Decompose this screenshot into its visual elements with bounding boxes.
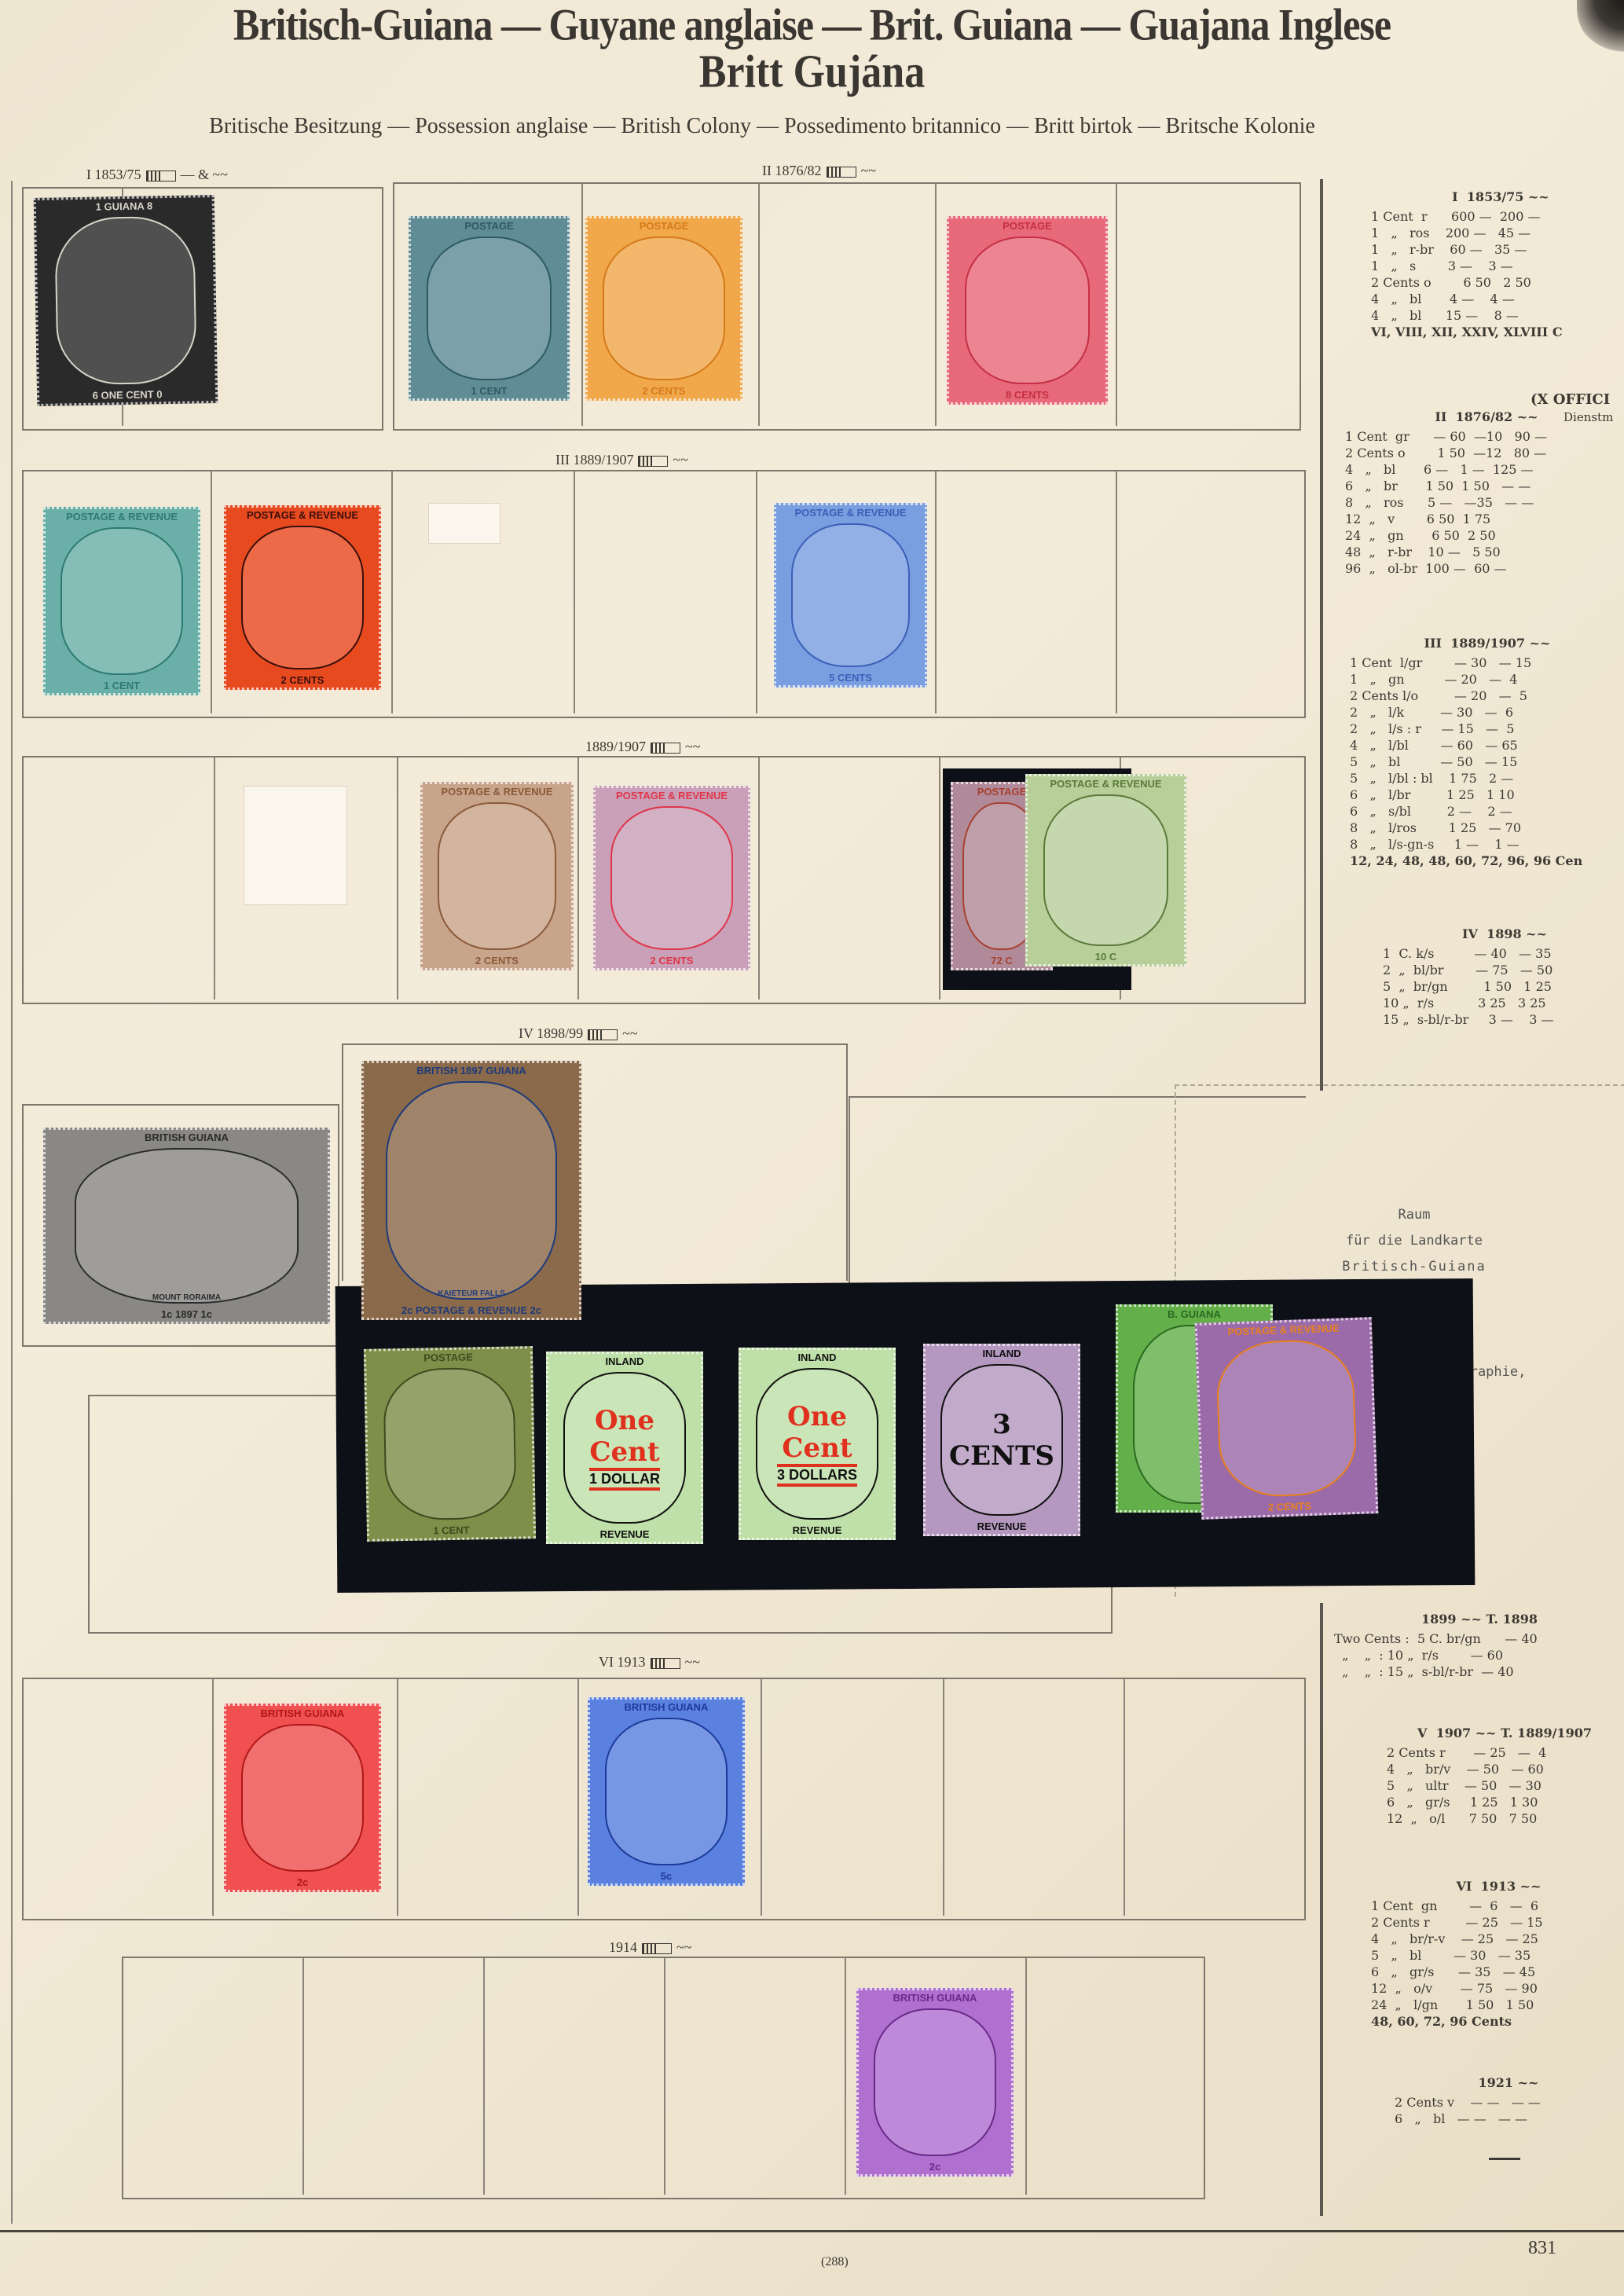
ship-vignette-icon: [438, 802, 556, 950]
stamp-1889b-2-cents-lilac[interactable]: POSTAGE & REVENUE2 CENTS: [593, 786, 750, 970]
section-label-II: II 1876/82~~: [762, 163, 876, 179]
catalog-row: 12 „ v 6 50 1 75: [1345, 511, 1624, 527]
stamp-1876-1-cent[interactable]: POSTAGE1 CENT: [409, 216, 570, 401]
stamp-1876-1-cent-mounted[interactable]: POSTAGE1 CENT: [364, 1346, 536, 1542]
ship-vignette-icon: MOUNT RORAIMA: [75, 1148, 298, 1304]
catalog-row: 6 „ l/br 1 25 1 10: [1350, 787, 1624, 803]
catalog-row: 4 „ br/v — 50 — 60: [1387, 1761, 1622, 1777]
stamp-1913-2c[interactable]: BRITISH GUIANA2c: [224, 1704, 381, 1892]
catalog-row: 2 „ l/k — 30 — 6: [1350, 704, 1624, 721]
catalog-row: 1 Cent gr — 60 —10 90 —: [1345, 428, 1624, 445]
catalog-section-IV: IV 1898 ~~1 C. k/s — 40 — 352 „ bl/br — …: [1383, 926, 1624, 1028]
catalog-row: 6 „ gr/s — 35 — 45: [1371, 1964, 1624, 1980]
perforation-icon: [827, 167, 856, 178]
stamp-top-inscription: INLAND: [548, 1354, 701, 1369]
section-label-III: III 1889/1907~~: [555, 452, 688, 468]
ship-vignette-icon: 3 CENTS: [940, 1364, 1062, 1516]
catalog-row: 5 „ bl — 50 — 15: [1350, 754, 1624, 770]
stamp-top-inscription: POSTAGE & REVENUE: [1028, 776, 1184, 791]
stamp-hinge: [428, 503, 500, 544]
stamp-value-inscription: REVENUE: [548, 1527, 701, 1542]
catalog-row: 2 Cents r — 25 — 4: [1387, 1744, 1622, 1761]
obliterated-value: 3 DOLLARS: [777, 1464, 857, 1487]
catalog-row: 1 „ ros 200 — 45 —: [1371, 225, 1624, 241]
catalog-row: „ „ : 10 „ r/s — 60: [1334, 1647, 1624, 1663]
stamp-top-inscription: POSTAGE: [588, 218, 740, 233]
perforation-icon: [146, 171, 176, 182]
catalog-section-1921: 1921 ~~2 Cents v — — — —6 „ bl — — — —: [1395, 2074, 1622, 2127]
stamp-top-inscription: BRITISH GUIANA: [590, 1700, 742, 1715]
stamp-top-inscription: POSTAGE & REVENUE: [226, 508, 379, 523]
stamp-inland-3-cents[interactable]: INLAND3 CENTSREVENUE: [923, 1344, 1080, 1536]
catalog-row: Two Cents : 5 C. br/gn — 40: [1334, 1630, 1624, 1647]
catalog-footer: VI, VIII, XII, XXIV, XLVIII C: [1371, 324, 1624, 340]
catalog-row: 2 „ l/s : r — 15 — 5: [1350, 721, 1624, 737]
catalog-row: 5 „ bl — 30 — 35: [1371, 1947, 1624, 1964]
catalog-footer: 12, 24, 48, 48, 60, 72, 96, 96 Cen: [1350, 853, 1624, 869]
surcharge-text: One Cent: [764, 1401, 871, 1464]
stamp-top-inscription: POSTAGE: [949, 218, 1105, 233]
catalog-row: 1 „ gn — 20 — 4: [1350, 671, 1624, 688]
ship-vignette-icon: [1215, 1338, 1358, 1498]
section-label-I: I 1853/75— & ~~: [86, 167, 228, 183]
stamp-top-inscription: BRITISH GUIANA: [859, 1990, 1011, 2005]
catalog-row: 8 „ l/ros 1 25 — 70: [1350, 820, 1624, 836]
catalog-header: III 1889/1907 ~~: [1350, 635, 1624, 651]
stamp-value-inscription: 1 CENT: [369, 1521, 533, 1539]
left-margin-line: [11, 181, 13, 2224]
stamp-value-inscription: 8 CENTS: [949, 387, 1105, 402]
stamp-1889b-10-cents[interactable]: POSTAGE & REVENUE10 C: [1025, 774, 1186, 966]
catalog-row: 1 Cent gn — 6 — 6: [1371, 1898, 1624, 1914]
catalog-row: 2 „ bl/br — 75 — 50: [1383, 962, 1624, 978]
stamp-1889-1-cent[interactable]: POSTAGE & REVENUE1 CENT: [43, 507, 200, 695]
stamp-value-inscription: 2 CENTS: [423, 953, 571, 968]
stamp-1889b-2-cents-brown[interactable]: POSTAGE & REVENUE2 CENTS: [420, 782, 574, 970]
stamp-value-inscription: 10 C: [1028, 949, 1184, 964]
catalog-row: 4 „ l/bl — 60 — 65: [1350, 737, 1624, 754]
stamp-top-inscription: INLAND: [926, 1346, 1078, 1361]
catalog-row: 96 „ ol-br 100 — 60 —: [1345, 560, 1624, 577]
stamp-value-inscription: 2 CENTS: [596, 953, 748, 968]
stamp-1898-2c-kaieteur-falls[interactable]: BRITISH 1897 GUIANAKAIETEUR FALLS2c POST…: [361, 1061, 581, 1320]
catalog-row: 4 „ bl 4 — 4 —: [1371, 291, 1624, 307]
stamp-top-inscription: BRITISH 1897 GUIANA: [364, 1063, 579, 1078]
ship-vignette-icon: [241, 526, 363, 669]
section-label-IV: IV 1898/99~~: [519, 1025, 638, 1042]
stamp-value-inscription: 2 CENTS: [588, 383, 740, 398]
surcharge-text: 3 CENTS: [948, 1409, 1055, 1472]
ship-vignette-icon: [874, 2008, 995, 2156]
map-space-text: Raum für die Landkarte Britisch-Guiana: [1273, 1202, 1556, 1280]
catalog-row: 1 Cent r 600 — 200 —: [1371, 208, 1624, 225]
catalog-row: 24 „ l/gn 1 50 1 50: [1371, 1997, 1624, 2013]
stamp-value-inscription: 5c: [590, 1869, 742, 1883]
catalog-row: 48 „ r-br 10 — 5 50: [1345, 544, 1624, 560]
catalog-row: 5 „ br/gn 1 50 1 25: [1383, 978, 1624, 995]
catalog-end-rule: [1489, 2158, 1520, 2160]
catalog-row: 12 „ o/v — 75 — 90: [1371, 1980, 1624, 1997]
stamp-1913-5c[interactable]: BRITISH GUIANA5c: [588, 1697, 745, 1886]
catalog-section-VI: VI 1913 ~~1 Cent gn — 6 — 62 Cents r — 2…: [1371, 1878, 1624, 2030]
stamp-value-inscription: REVENUE: [741, 1523, 893, 1538]
catalog-section-III: III 1889/1907 ~~1 Cent l/gr — 30 — 151 „…: [1350, 635, 1624, 869]
page-title: Britisch-Guiana — Guyane anglaise — Brit…: [0, 0, 1624, 50]
stamp-top-inscription: 1 GUIANA 8: [36, 197, 212, 215]
catalog-row: 24 „ gn 6 50 2 50: [1345, 527, 1624, 544]
catalog-row: 1 „ r-br 60 — 35 —: [1371, 241, 1624, 258]
catalog-row: 12 „ o/l 7 50 7 50: [1387, 1810, 1622, 1827]
section-label-VI: VI 1913~~: [599, 1654, 700, 1671]
stamp-1853-one-cent[interactable]: 1 GUIANA 86 ONE CENT 0: [34, 195, 218, 406]
catalog-divider: [1320, 179, 1323, 1091]
stamp-top-inscription: POSTAGE: [366, 1348, 530, 1366]
catalog-row: 6 „ s/bl 2 — 2 —: [1350, 803, 1624, 820]
stamp-top-inscription: B. GUIANA: [1118, 1307, 1270, 1322]
ship-vignette-icon: One Cent3 DOLLARS: [756, 1368, 878, 1520]
catalog-row: 4 „ bl 15 — 8 —: [1371, 307, 1624, 324]
catalog-row: 1 „ s 3 — 3 —: [1371, 258, 1624, 274]
perforation-icon: [651, 743, 680, 754]
album-box-III: [22, 470, 1306, 718]
catalog-row: 1 Cent l/gr — 30 — 15: [1350, 655, 1624, 671]
stamp-value-inscription: 2 CENTS: [1204, 1496, 1377, 1517]
stamp-1889-2-cents[interactable]: POSTAGE & REVENUE2 CENTS: [224, 505, 381, 690]
catalog-row: 2 Cents r — 25 — 15: [1371, 1914, 1624, 1931]
page-number: 831: [1528, 2238, 1556, 2259]
page-subtitle: Britische Besitzung — Possession anglais…: [0, 114, 1524, 139]
catalog-row: 1 C. k/s — 40 — 35: [1383, 945, 1624, 962]
stamp-value-inscription: 2c POSTAGE & REVENUE 2c: [364, 1303, 579, 1318]
stamp-top-inscription: POSTAGE & REVENUE: [423, 784, 571, 799]
catalog-row: 6 „ bl — — — —: [1395, 2111, 1622, 2127]
catalog-row: 8 „ l/s-gn-s 1 — 1 —: [1350, 836, 1624, 853]
catalog-row: 2 Cents o 1 50 —12 80 —: [1345, 445, 1624, 461]
stamp-value-inscription: 2 CENTS: [226, 673, 379, 688]
catalog-official-sub: Dienstm: [1564, 410, 1613, 424]
stamp-top-inscription: POSTAGE & REVENUE: [1197, 1319, 1370, 1341]
catalog-row: 10 „ r/s 3 25 3 25: [1383, 995, 1624, 1011]
stamp-inland-one-cent-on-3-dollars[interactable]: INLANDOne Cent3 DOLLARSREVENUE: [739, 1348, 896, 1540]
section-label-III-b: 1889/1907~~: [585, 739, 701, 755]
catalog-header: 1899 ~~ T. 1898: [1334, 1611, 1624, 1627]
catalog-official-header: (X OFFICI: [1531, 391, 1610, 408]
ship-vignette-icon: [241, 1724, 363, 1872]
ship-vignette-icon: [605, 1718, 727, 1865]
catalog-section-I: I 1853/75 ~~1 Cent r 600 — 200 —1 „ ros …: [1371, 189, 1624, 340]
catalog-header: VI 1913 ~~: [1371, 1878, 1624, 1894]
stamp-top-inscription: POSTAGE & REVENUE: [46, 509, 198, 524]
ship-vignette-icon: KAIETEUR FALLS: [386, 1081, 557, 1300]
stamp-postage-revenue-2-cents[interactable]: POSTAGE & REVENUE2 CENTS: [1195, 1317, 1379, 1520]
section-label-1914: 1914~~: [609, 1939, 691, 1956]
stamp-value-inscription: REVENUE: [926, 1519, 1078, 1534]
stamp-caption: KAIETEUR FALLS: [438, 1289, 505, 1298]
stamp-top-inscription: BRITISH GUIANA: [226, 1706, 379, 1721]
stamp-hinge: [244, 786, 347, 905]
catalog-header: V 1907 ~~ T. 1889/1907: [1387, 1725, 1622, 1741]
ship-vignette-icon: [60, 527, 182, 675]
catalog-row: 4 „ br/r-v — 25 — 25: [1371, 1931, 1624, 1947]
catalog-section-II: II 1876/82 ~~1 Cent gr — 60 —10 90 —2 Ce…: [1345, 409, 1624, 577]
catalog-row: 6 „ gr/s 1 25 1 30: [1387, 1794, 1622, 1810]
perforation-icon: [588, 1029, 618, 1040]
catalog-row: 8 „ ros 5 — —35 — —: [1345, 494, 1624, 511]
stamp-1914-2c[interactable]: BRITISH GUIANA2c: [856, 1988, 1014, 2177]
stamp-top-inscription: BRITISH GUIANA: [46, 1130, 328, 1145]
catalog-section-V: V 1907 ~~ T. 1889/19072 Cents r — 25 — 4…: [1387, 1725, 1622, 1827]
stamp-value-inscription: 2c: [859, 2159, 1011, 2174]
stamp-value-inscription: 1c 1897 1c: [46, 1307, 328, 1322]
stamp-value-inscription: 5 CENTS: [776, 670, 925, 685]
stamp-value-inscription: 1 CENT: [411, 383, 567, 398]
stamp-caption: MOUNT RORAIMA: [152, 1293, 221, 1302]
ship-vignette-icon: [54, 215, 197, 385]
stamp-top-inscription: POSTAGE & REVENUE: [776, 505, 925, 520]
stamp-inland-one-cent-on-1-dollar[interactable]: INLANDOne Cent1 DOLLARREVENUE: [546, 1352, 703, 1544]
catalog-row: 2 Cents o 6 50 2 50: [1371, 274, 1624, 291]
ship-vignette-icon: [791, 523, 910, 667]
stamp-top-inscription: POSTAGE & REVENUE: [596, 788, 748, 803]
stamp-value-inscription: 6 ONE CENT 0: [39, 386, 215, 404]
surcharge-text: One Cent: [571, 1405, 678, 1468]
catalog-row: 2 Cents l/o — 20 — 5: [1350, 688, 1624, 704]
stamp-top-inscription: POSTAGE: [411, 218, 567, 233]
obliterated-value: 1 DOLLAR: [589, 1468, 660, 1491]
stamp-value-inscription: 2c: [226, 1875, 379, 1890]
catalog-row: „ „ : 15 „ s-bl/r-br — 40: [1334, 1663, 1624, 1680]
stamp-1876-8-cents[interactable]: POSTAGE8 CENTS: [947, 216, 1108, 405]
ship-vignette-icon: [603, 237, 724, 380]
page-title-secondary: Britt Gujána: [0, 46, 1624, 99]
ship-vignette-icon: One Cent1 DOLLAR: [563, 1372, 685, 1524]
stamp-value-inscription: 1 CENT: [46, 678, 198, 693]
perforation-icon: [638, 456, 668, 467]
ship-vignette-icon: [610, 806, 732, 950]
footer-rule: [0, 2230, 1624, 2232]
stamp-1889-5-cents[interactable]: POSTAGE & REVENUE5 CENTS: [774, 503, 927, 688]
catalog-row: 6 „ br 1 50 1 50 — —: [1345, 478, 1624, 494]
perforation-icon: [651, 1658, 680, 1669]
catalog-footer: 48, 60, 72, 96 Cents: [1371, 2013, 1624, 2030]
page-number-internal: (288): [821, 2255, 849, 2269]
catalog-row: 2 Cents v — — — —: [1395, 2094, 1622, 2111]
perforation-icon: [642, 1943, 672, 1954]
catalog-header: I 1853/75 ~~: [1371, 189, 1624, 205]
stamp-1876-2-cents[interactable]: POSTAGE2 CENTS: [585, 216, 742, 401]
ship-vignette-icon: [1043, 794, 1168, 946]
ship-vignette-icon: [427, 237, 552, 380]
stamp-1898-1c-mount-roraima[interactable]: BRITISH GUIANAMOUNT RORAIMA1c 1897 1c: [43, 1128, 330, 1324]
catalog-row: 5 „ ultr — 50 — 30: [1387, 1777, 1622, 1794]
catalog-divider-lower: [1320, 1603, 1323, 2216]
catalog-row: 15 „ s-bl/r-br 3 — 3 —: [1383, 1011, 1624, 1028]
catalog-row: 4 „ bl 6 — 1 — 125 —: [1345, 461, 1624, 478]
catalog-header: 1921 ~~: [1395, 2074, 1622, 2091]
ship-vignette-icon: [965, 237, 1090, 384]
stamp-top-inscription: INLAND: [741, 1350, 893, 1365]
ship-vignette-icon: [383, 1367, 516, 1521]
catalog-section-1899: 1899 ~~ T. 1898Two Cents : 5 C. br/gn — …: [1334, 1611, 1624, 1680]
catalog-header: IV 1898 ~~: [1383, 926, 1624, 942]
catalog-row: 5 „ l/bl : bl 1 75 2 —: [1350, 770, 1624, 787]
